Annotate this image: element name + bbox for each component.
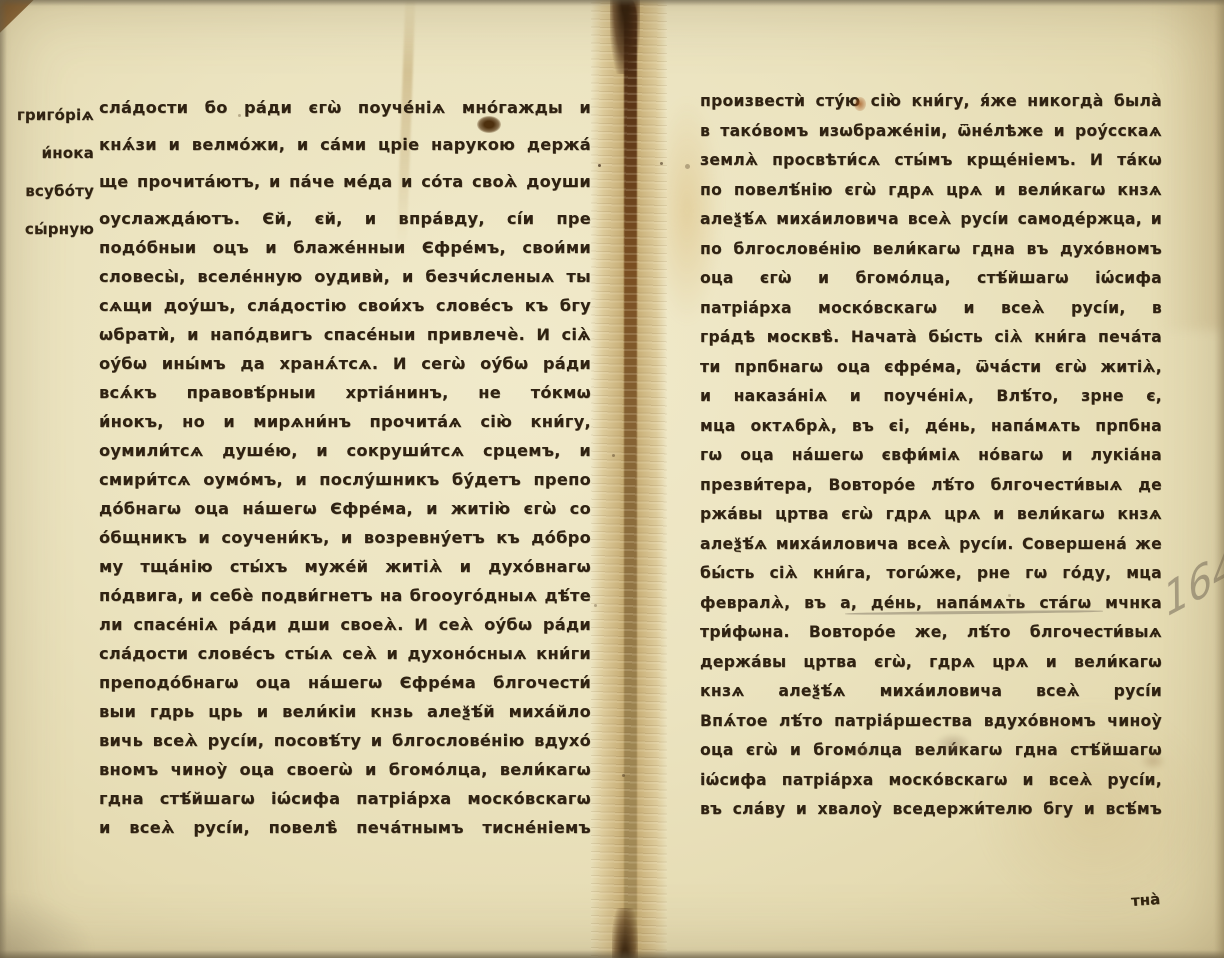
- text-line: мца октѧбрѧ̀, въ єі, де́нь, напа́мѧть пр…: [700, 413, 1162, 443]
- margin-note: григо́ріѧ: [2, 98, 94, 136]
- text-line: алеѯѣ́ѧ миха́иловича всеѧ̀ русі́и самоде…: [700, 206, 1162, 236]
- left-page-text: сла́дости бо ра́ди єгѡ̀ поуче́ніѧ мно́га…: [99, 94, 591, 843]
- text-line: бы́сть сіѧ̀ кни́га, тогѡ́же, рне гѡ го́д…: [700, 560, 1162, 590]
- text-line: всѧ́къ правовѣ́рныи хртіа́нинъ, не то́км…: [99, 379, 591, 408]
- right-page-text: произвестѝ сту́ю сію̀ кни́гу, я́же никог…: [700, 88, 1162, 826]
- text-line: ти прпбнагѡ оца єфре́ма, ѿча́сти єгѡ̀ жи…: [700, 354, 1162, 384]
- text-line: въ сла́ву и хвалоу̀ вседержи́телю бгу и …: [700, 796, 1162, 826]
- text-line: кнзѧ алеѯѣ́ѧ миха́иловича всеѧ̀ русі́и с…: [700, 678, 1162, 708]
- text-line: по повелѣ́нію єгѡ̀ гдрѧ црѧ и вели́кагѡ …: [700, 177, 1162, 207]
- text-line: три́фѡна. Вовторо́е же, лѣ́то блгочести́…: [700, 619, 1162, 649]
- binding-gutter: [591, 0, 667, 958]
- margin-note: сы́рную: [2, 212, 94, 250]
- binding-corner: [0, 0, 48, 40]
- photo-edge: [0, 0, 7, 958]
- text-line: в тако́вомъ изѡбраже́ніи, ѿне́лѣже и роу…: [700, 118, 1162, 148]
- text-line: оу́бѡ ины́мъ да хранѧ́тсѧ. И сегѡ̀ оу́бѡ…: [99, 350, 591, 379]
- photo-edge: [0, 0, 1224, 6]
- photo-edge: [0, 950, 1224, 958]
- text-line: смири́тсѧ оумо́мъ, и послу́шникъ бу́детъ…: [99, 466, 591, 495]
- text-line: оца єгѡ̀ и бгомо́лца вели́кагѡ гдна стѣ́…: [700, 737, 1162, 767]
- text-line: сѧщи доу́шъ, сла́достію свои́хъ слове́съ…: [99, 292, 591, 321]
- text-line: ще прочита́ютъ, и па́че ме́да и со́та св…: [99, 168, 591, 197]
- text-line: и наказа́ніѧ и поуче́ніѧ, Влѣ́то, зрне є…: [700, 383, 1162, 413]
- ink-specks: [598, 164, 601, 167]
- text-line: кнѧ́зи и велмо́жи, и са́ми цріе нарукою …: [99, 131, 591, 160]
- text-line: февралѧ̀, въ а, де́нь, напа́мѧть ста́гѡ …: [700, 590, 1162, 620]
- text-line: по блгослове́нію вели́кагѡ гдна въ духо́…: [700, 236, 1162, 266]
- text-line: му тща́нію сты́хъ муже́й житіѧ̀ и духо́в…: [99, 553, 591, 582]
- text-line: сла́дости бо ра́ди єгѡ̀ поуче́ніѧ мно́га…: [99, 94, 591, 123]
- text-line: и всеѧ̀ русі́и, повелѣ̀ печа́тнымъ тисне…: [99, 814, 591, 843]
- book-spread: григо́ріѧи́нокавсубо́тусы́рную сла́дости…: [0, 0, 1224, 958]
- binding-gutter-top: [610, 0, 640, 74]
- text-line: оуслажда́ютъ. Єй, єй, и впра́вду, сі́и п…: [99, 205, 591, 234]
- text-line: до́бнагѡ оца на́шегѡ Єфре́ма, и житію̀ є…: [99, 495, 591, 524]
- text-line: вномъ чиноу̀ оца своегѡ̀ и бгомо́лца, ве…: [99, 756, 591, 785]
- text-line: сла́дости слове́съ сты́ѧ сеѧ̀ и духоно́с…: [99, 640, 591, 669]
- text-line: по́двига, и себѐ подви́гнетъ на бгооуго́…: [99, 582, 591, 611]
- text-line: гра́дѣ москвѣ̀. Начата̀ бы́сть сіѧ̀ кни́…: [700, 324, 1162, 354]
- text-line: ѡбратѝ, и напо́двигъ спасе́ныи привлечѐ.…: [99, 321, 591, 350]
- text-line: подо́бныи оцъ и блаже́нныи Єфре́мъ, свои…: [99, 234, 591, 263]
- text-line: гдна стѣ́йшагѡ іѡ́сифа патріа́рха моско́…: [99, 785, 591, 814]
- photo-edge: [1214, 0, 1224, 958]
- page-shadow: [0, 895, 90, 958]
- text-line: оца єгѡ̀ и бгомо́лца, стѣ́йшагѡ іѡ́сифа: [700, 265, 1162, 295]
- catchword: тна̀: [1130, 890, 1160, 910]
- text-line: произвестѝ сту́ю сію̀ кни́гу, я́же никог…: [700, 88, 1162, 118]
- text-line: Впѧ́тое лѣ́то патріа́ршества вдухо́вномъ…: [700, 708, 1162, 738]
- text-line: вичь всеѧ̀ русі́и, посовѣ́ту и блгослове…: [99, 727, 591, 756]
- text-line: гѡ оца на́шегѡ євфи́міѧ но́вагѡ и лукіа́…: [700, 442, 1162, 472]
- text-line: оумили́тсѧ душе́ю, и сокруши́тсѧ срцемъ,…: [99, 437, 591, 466]
- left-margin-notes: григо́ріѧи́нокавсубо́тусы́рную: [2, 98, 94, 250]
- text-line: презви́тера, Вовторо́е лѣ́то блгочести́в…: [700, 472, 1162, 502]
- text-line: держа́вы цртва єгѡ̀, гдрѧ црѧ и вели́каг…: [700, 649, 1162, 679]
- margin-note: и́нока: [2, 136, 94, 174]
- text-line: ли спасе́ніѧ ра́ди дши своеѧ̀. И сеѧ̀ оу…: [99, 611, 591, 640]
- text-line: выи гдрь црь и вели́кіи кнзь алеѯѣ́й мих…: [99, 698, 591, 727]
- text-line: преподо́бнагѡ оца на́шегѡ Єфре́ма блгоче…: [99, 669, 591, 698]
- text-line: и́нокъ, но и мирѧни́нъ прочита́ѧ сію̀ кн…: [99, 408, 591, 437]
- margin-note: всубо́ту: [2, 174, 94, 212]
- text-line: ржа́вы цртва єгѡ̀ гдрѧ црѧ и вели́кагѡ к…: [700, 501, 1162, 531]
- text-line: патріа́рха моско́вскагѡ и всеѧ̀ русі́и, …: [700, 295, 1162, 325]
- text-line: алеѯѣ́ѧ миха́иловича всеѧ̀ русі́и. Совер…: [700, 531, 1162, 561]
- text-line: землѧ̀ просвѣти́сѧ сты́мъ крще́ніемъ. И …: [700, 147, 1162, 177]
- text-line: іѡ́сифа патріа́рха моско́вскагѡ и всеѧ̀ …: [700, 767, 1162, 797]
- text-line: о́бщникъ и соучени́къ, и возревну́етъ къ…: [99, 524, 591, 553]
- text-line: словесы̀, вселе́нную оудивѝ, и безчи́сле…: [99, 263, 591, 292]
